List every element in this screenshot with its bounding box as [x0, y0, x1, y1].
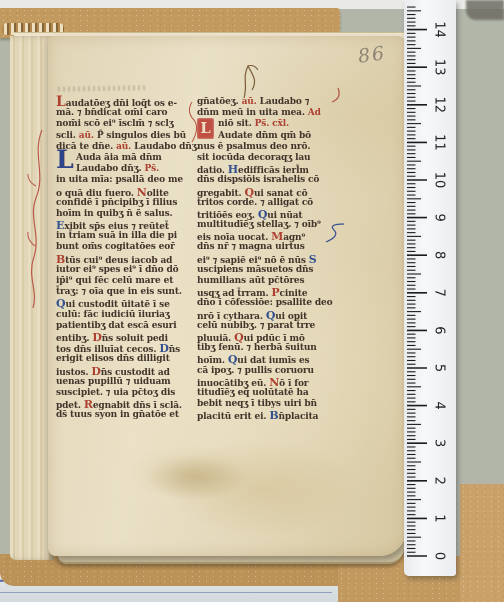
manuscript-line: hoīm in quibʒ n̄ ē salus.	[56, 209, 188, 220]
manuscript-line: patientibʒ dat escā esuri	[56, 321, 188, 332]
text-column-left: Laudatōeʒ dn̄i loq̄t os e-mā. ⁊ bn̄dicat…	[56, 97, 188, 421]
manuscript-line: ei⁹ ⁊ sapiē ei⁹ nō ē nūs S	[197, 254, 337, 265]
manuscript-line: o quā diu fuero. Nolite	[56, 187, 188, 198]
manuscript-line: tibʒ fenū. ⁊ herbā s̄uitun	[197, 343, 337, 354]
manuscript-line: pluuiā. Qui pdūc ī mō	[197, 332, 337, 343]
manuscript-line: humilians aūt pc̄tōres	[197, 276, 337, 287]
ruler-number: 2	[432, 477, 447, 485]
manuscript-line: in t̄riam suā in illa die pi	[56, 231, 188, 242]
parchment-stain	[145, 456, 245, 500]
manuscript-line: nrō ī cythara. Qui opit	[197, 310, 337, 321]
ruler-number: 3	[432, 439, 447, 447]
manuscript-line: sit iocūda decoraqʒ lau	[197, 153, 337, 164]
manuscript-line: celū nubibʒ. ⁊ parat t̄rre	[197, 321, 337, 332]
manuscript-line: gn̄atōeʒ. aū. Laudabo ⁊	[197, 97, 337, 108]
manuscript-line: usqʒ ad t̄rram. Pcinite	[197, 287, 337, 298]
manuscript-line: dn̄s dispsiōis israhelis cō	[197, 175, 337, 186]
manuscript-line: ds̄ tuus syon in gn̄atōe et	[56, 410, 188, 421]
manuscript-line: Btūs cui⁹ deus iacob ad	[56, 254, 188, 265]
manuscript-line: tritiōēs eoʒ. Qui nūat	[197, 209, 337, 220]
manuscript-line: t̄raʒ: ⁊ oīa que in eis sunt.	[56, 287, 188, 298]
ruler-number: 12	[432, 97, 447, 114]
folio-number: 86	[357, 42, 388, 68]
manuscript-line: niō sit. Ps̄. cx̄l.	[197, 119, 337, 130]
manuscript-line: Audate dn̄m qm̄ bō	[197, 131, 337, 142]
manuscript-line: nus ē psalmus deo nrō.	[197, 142, 337, 153]
manuscript-line: pdet. Regnabit dn̄s ī sclā.	[56, 399, 188, 410]
table-blue-line-faint	[0, 592, 332, 593]
ruler-number: 14	[432, 21, 447, 38]
manuscript-line: bunt om̄s cogitatōes eor̄	[56, 242, 188, 253]
manuscript-line: Qui custodit ūitatē ī se	[56, 298, 188, 309]
manuscript-line: bebit neqʒ ī tibys uiri bn̄	[197, 399, 337, 410]
ruler-number: 7	[432, 289, 447, 297]
manuscript-line: culū: fāc iudiciū īiuriaʒ	[56, 310, 188, 321]
ruler-number: 8	[432, 251, 447, 259]
ruler-number: 13	[432, 59, 447, 76]
manuscript-line: titudīēʒ eq̄ uolūtatē ha	[197, 388, 337, 399]
manuscript-line: uenas pupillū ⁊ uiduam	[56, 377, 188, 388]
manuscript-line: cā ipoʒ. ⁊ pullis coruoru	[197, 366, 337, 377]
manuscript-line: suscipiet. ⁊ uia pc̄toʒ dis	[56, 388, 188, 399]
manuscript-line: scli. aū. P̄ singulos dies bū	[56, 131, 188, 142]
manuscript-line: tos dn̄s illuīat cecos. Dn̄s	[56, 343, 188, 354]
manuscript-line: ip̄i⁹ qui fēc celū mare et	[56, 276, 188, 287]
penwork-vine-flourish	[26, 126, 48, 312]
ruler-number: 10	[432, 172, 447, 189]
drop-cap-initial: L	[56, 148, 74, 172]
ruler-number: 6	[432, 326, 447, 334]
manuscript-photo: Laudatōeʒ dn̄i loq̄t os e-mā. ⁊ bn̄dicat…	[0, 0, 504, 602]
ruler: 01234567891011121314	[404, 0, 456, 576]
manuscript-line: iutor ei⁹ spes ei⁹ ī dn̄o dō	[56, 265, 188, 276]
ruler-number: 0	[432, 552, 447, 560]
ruler-ticks: 01234567891011121314	[404, 0, 456, 576]
manuscript-line: datio. Hedifficās ierl̄m	[197, 164, 337, 175]
manuscript-line: iustos. Dn̄s custodit ad	[56, 366, 188, 377]
text-column-right: gn̄atōeʒ. aū. Laudabo ⁊dn̄m meū in uita …	[197, 97, 337, 421]
manuscript-line: gregabit. Qui sanat cō	[197, 187, 337, 198]
manuscript-line: dicā te dn̄e. aū. Laudabo dn̄ʒ.	[56, 142, 188, 153]
penwork-top-flourish	[238, 64, 262, 100]
manuscript-line: uscipiens māsuetos dn̄s	[197, 265, 337, 276]
manuscript-line: confidē ī pn̄cipibʒ ī filius	[56, 198, 188, 209]
manuscript-line: erigit elisos dn̄s dilligit	[56, 354, 188, 365]
ruler-number: 11	[432, 134, 447, 151]
manuscript-line: Auda āia mā dn̄m	[56, 153, 188, 164]
manuscript-line: Laudatōeʒ dn̄i loq̄t os e-	[56, 97, 188, 108]
book-cover-corner	[460, 484, 504, 602]
manuscript-line: hoīm. Qui dat iumīs es	[197, 354, 337, 365]
drop-cap-initial: L	[197, 118, 214, 139]
ruler-number: 5	[432, 364, 447, 372]
manuscript-line: multitudīēʒ stellaʒ. ⁊ oīb⁹	[197, 220, 337, 231]
manuscript-line: mā. ⁊ bn̄dicat om̄i caro	[56, 108, 188, 119]
manuscript-line: placitū erit ei. Bn̄placita	[197, 410, 337, 421]
ruler-number: 1	[432, 514, 447, 522]
manuscript-line: nom̄i scō ei⁹ īsclm̄ ⁊ sclʒ	[56, 119, 188, 130]
ruler-number: 4	[432, 401, 447, 409]
background-corner-shadow	[466, 0, 504, 20]
manuscript-line: inuocātibʒ eū. Nō ī for	[197, 377, 337, 388]
ruler-number: 9	[432, 213, 447, 221]
manuscript-line: dn̄m meū in uita mea. Ad	[197, 108, 337, 119]
manuscript-line: Laudabo dn̄ʒ. Ps̄.	[56, 164, 188, 175]
manuscript-line: eis noīa uocat. Magn⁹	[197, 231, 337, 242]
manuscript-line: in uita mīa: psallā deo me	[56, 175, 188, 186]
manuscript-line: Exibit sp̄s eius ⁊ reūtet̄	[56, 220, 188, 231]
